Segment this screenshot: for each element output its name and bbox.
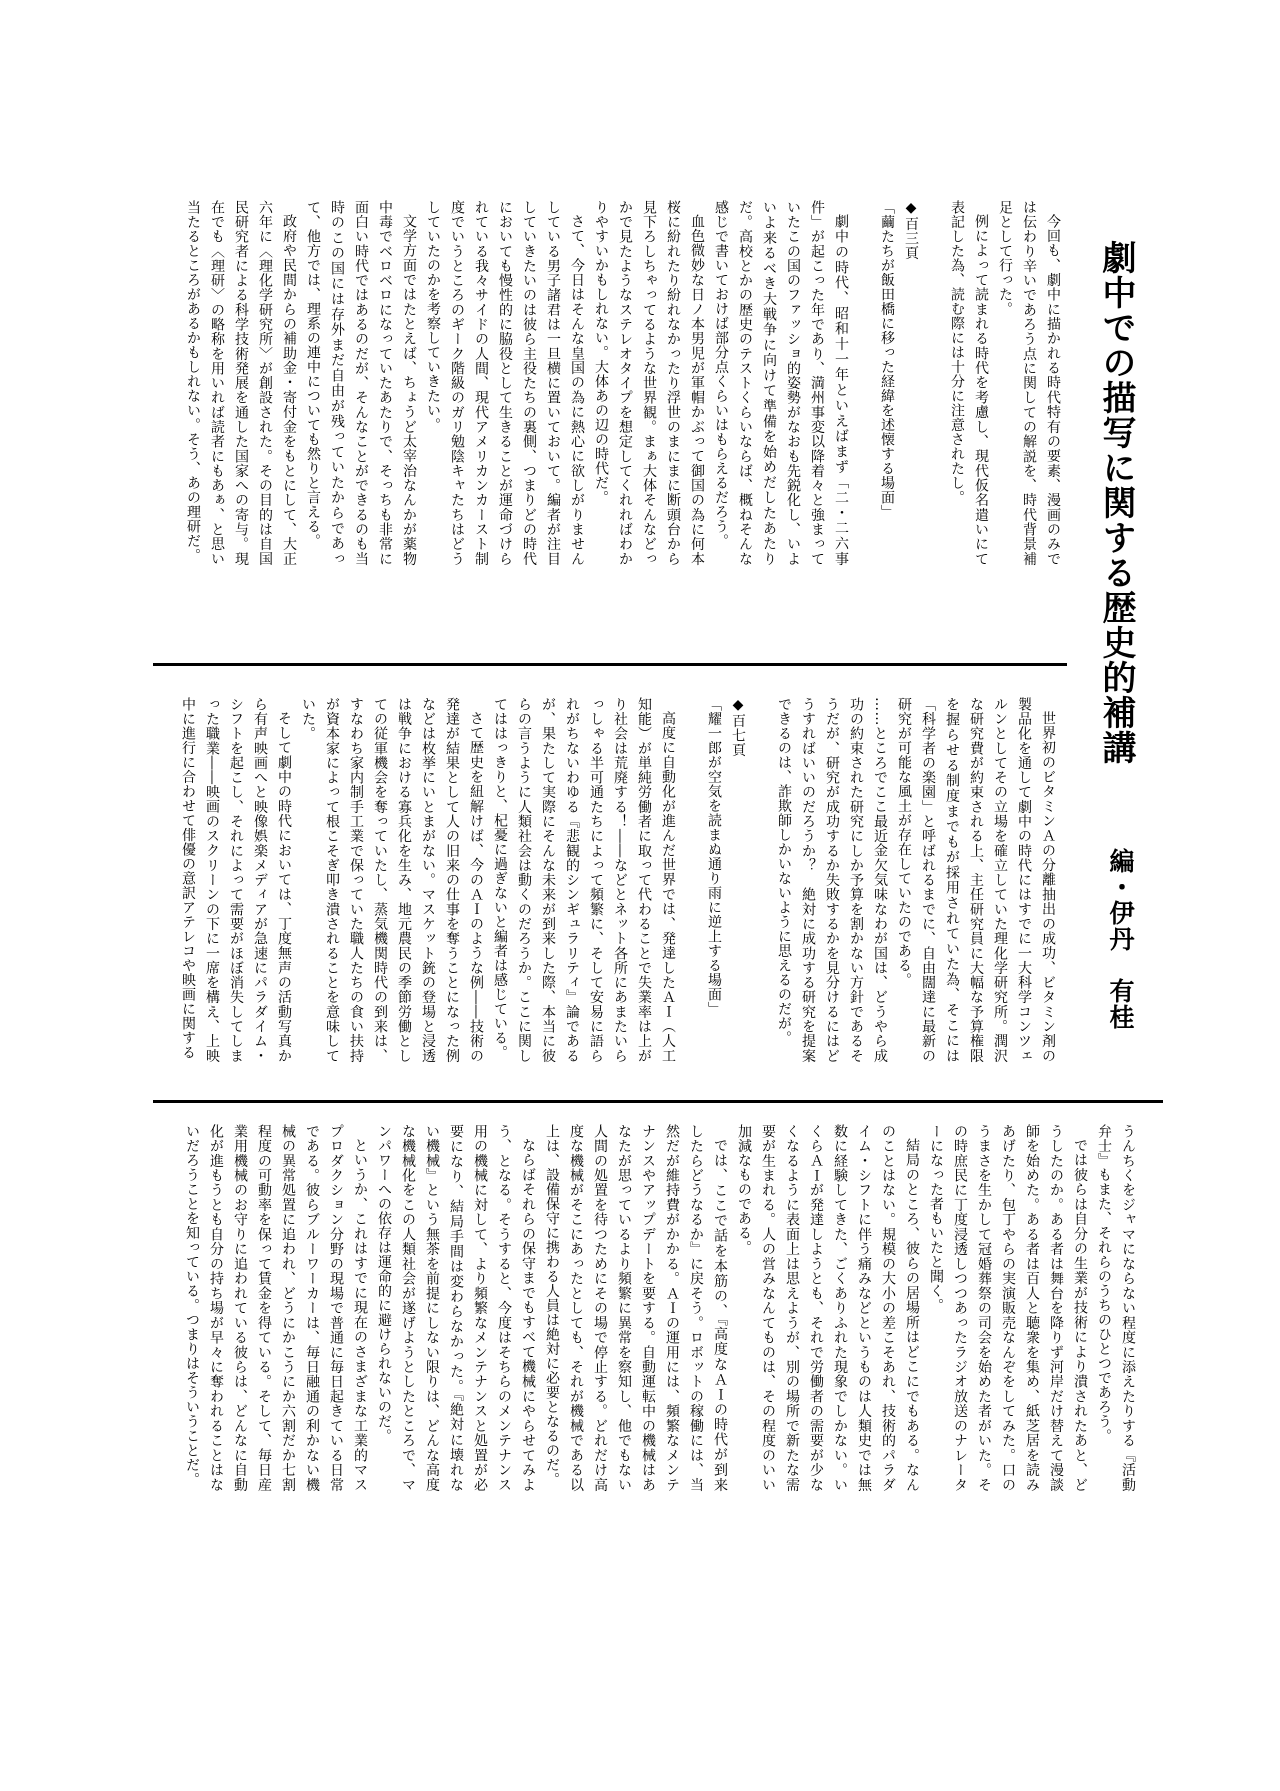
middle-text-band: 世界初のビタミンＡの分離抽出の成功、ビタミン剤の製品化を通して劇中の時代にはすで… [120, 697, 1060, 1063]
book-page: 劇中での描写に関する歴史的補講 編・伊丹 有桂 今回も、劇中に描かれる時代特有の… [0, 0, 1280, 1791]
benshi-paragraph-1: うんちくをジャマにならない程度に添えたりする『活動弁士』もまた、それらのうちのひ… [1092, 1124, 1140, 1492]
ai-paragraph-3: というか、これはすでに現在のさまざまな工業的マスプロダクション分野の現場で普通に… [180, 1124, 372, 1492]
benshi-paragraph-2: では彼らは自分の生業が技術により潰されたあと、どうしたのか。ある者は舞台を降りず… [924, 1124, 1092, 1492]
preface-paragraph-1: 今回も、劇中に描かれる時代特有の要素、漫画のみでは伝わり辛いであろう点に関しての… [993, 200, 1065, 566]
ai-paragraph-2: ならばそれらの保守までもすべて機械にやらせてみよう、となる。そうすると、今度はそ… [372, 1124, 540, 1492]
p103-paragraph-2: 血色微妙な日ノ本男児が軍帽かぶって御国の為に何本桜に紛れたり紛れなかったり浮世の… [589, 200, 709, 566]
p107-paragraph-3: そして劇中の時代においては、丁度無声の活動写真から有声映画へと映像娯楽メディアが… [176, 697, 296, 1063]
riken-paragraph-1: 世界初のビタミンＡの分離抽出の成功、ビタミン剤の製品化を通して劇中の時代にはすで… [892, 697, 1060, 1063]
bottom-text-band: うんちくをジャマにならない程度に添えたりする『活動弁士』もまた、それらのうちのひ… [115, 1124, 1140, 1492]
p103-paragraph-3: さて、今日はそんな皇国の為に熱心に欲しがりませんしている男子諸君は一旦横に置いて… [421, 200, 589, 566]
author-credit: 編・伊丹 有桂 [1102, 848, 1138, 1068]
band-divider-rule-1 [153, 663, 1067, 666]
p107-paragraph-2: さて歴史を紐解けば、今のＡＩのような例――技術の発達が結果として人の旧来の仕事を… [296, 697, 488, 1063]
p107-paragraph-1: 高度に自動化が進んだ世界では、発達したＡＩ（人工知能）が単純労働者に取って代わる… [488, 697, 680, 1063]
p103-paragraph-5: 政府や民間からの補助金・寄付金をもとにして、大正六年に〈理化学研究所〉が創設され… [181, 200, 301, 566]
top-text-band: 今回も、劇中に描かれる時代特有の要素、漫画のみでは伝わり辛いであろう点に関しての… [160, 200, 1065, 566]
band-divider-rule-2 [153, 1100, 1163, 1103]
section-p107-header: ◆百七頁 [726, 697, 750, 1063]
ai-paragraph-1: では、ここで話を本筋の、『高度なＡＩの時代が到来したらどうなるか』に戻そう。ロボ… [540, 1124, 732, 1492]
p103-paragraph-1: 劇中の時代、昭和十一年といえばまず「二・二六事件」が起こった年であり、満州事変以… [709, 200, 853, 566]
benshi-paragraph-3: 結局のところ、彼らの居場所はどこにでもある。なんのことはない。規模の大小の差こそ… [732, 1124, 924, 1492]
page-title: 劇中での描写に関する歴史的補講 [1092, 240, 1141, 800]
preface-paragraph-2: 例によって読まれる時代を考慮し、現代仮名遣いにて表記した為、読む際には十分に注意… [945, 200, 993, 566]
section-p107-scene-title: 「耀一郎が空気を読まぬ通り雨に逆上する場面」 [702, 697, 726, 1063]
section-p103-header: ◆百三頁 [899, 200, 923, 566]
section-p103-scene-title: 「繭たちが飯田橋に移った経緯を述懐する場面」 [875, 200, 899, 566]
p103-paragraph-4: 文学方面ではたとえば、ちょうど太宰治なんかが薬物中毒でベロベロになっていたあたり… [301, 200, 421, 566]
riken-paragraph-2: ……ところでここ最近金欠気味なわが国は、どうやら成功の約束された研究にしか予算を… [772, 697, 892, 1063]
